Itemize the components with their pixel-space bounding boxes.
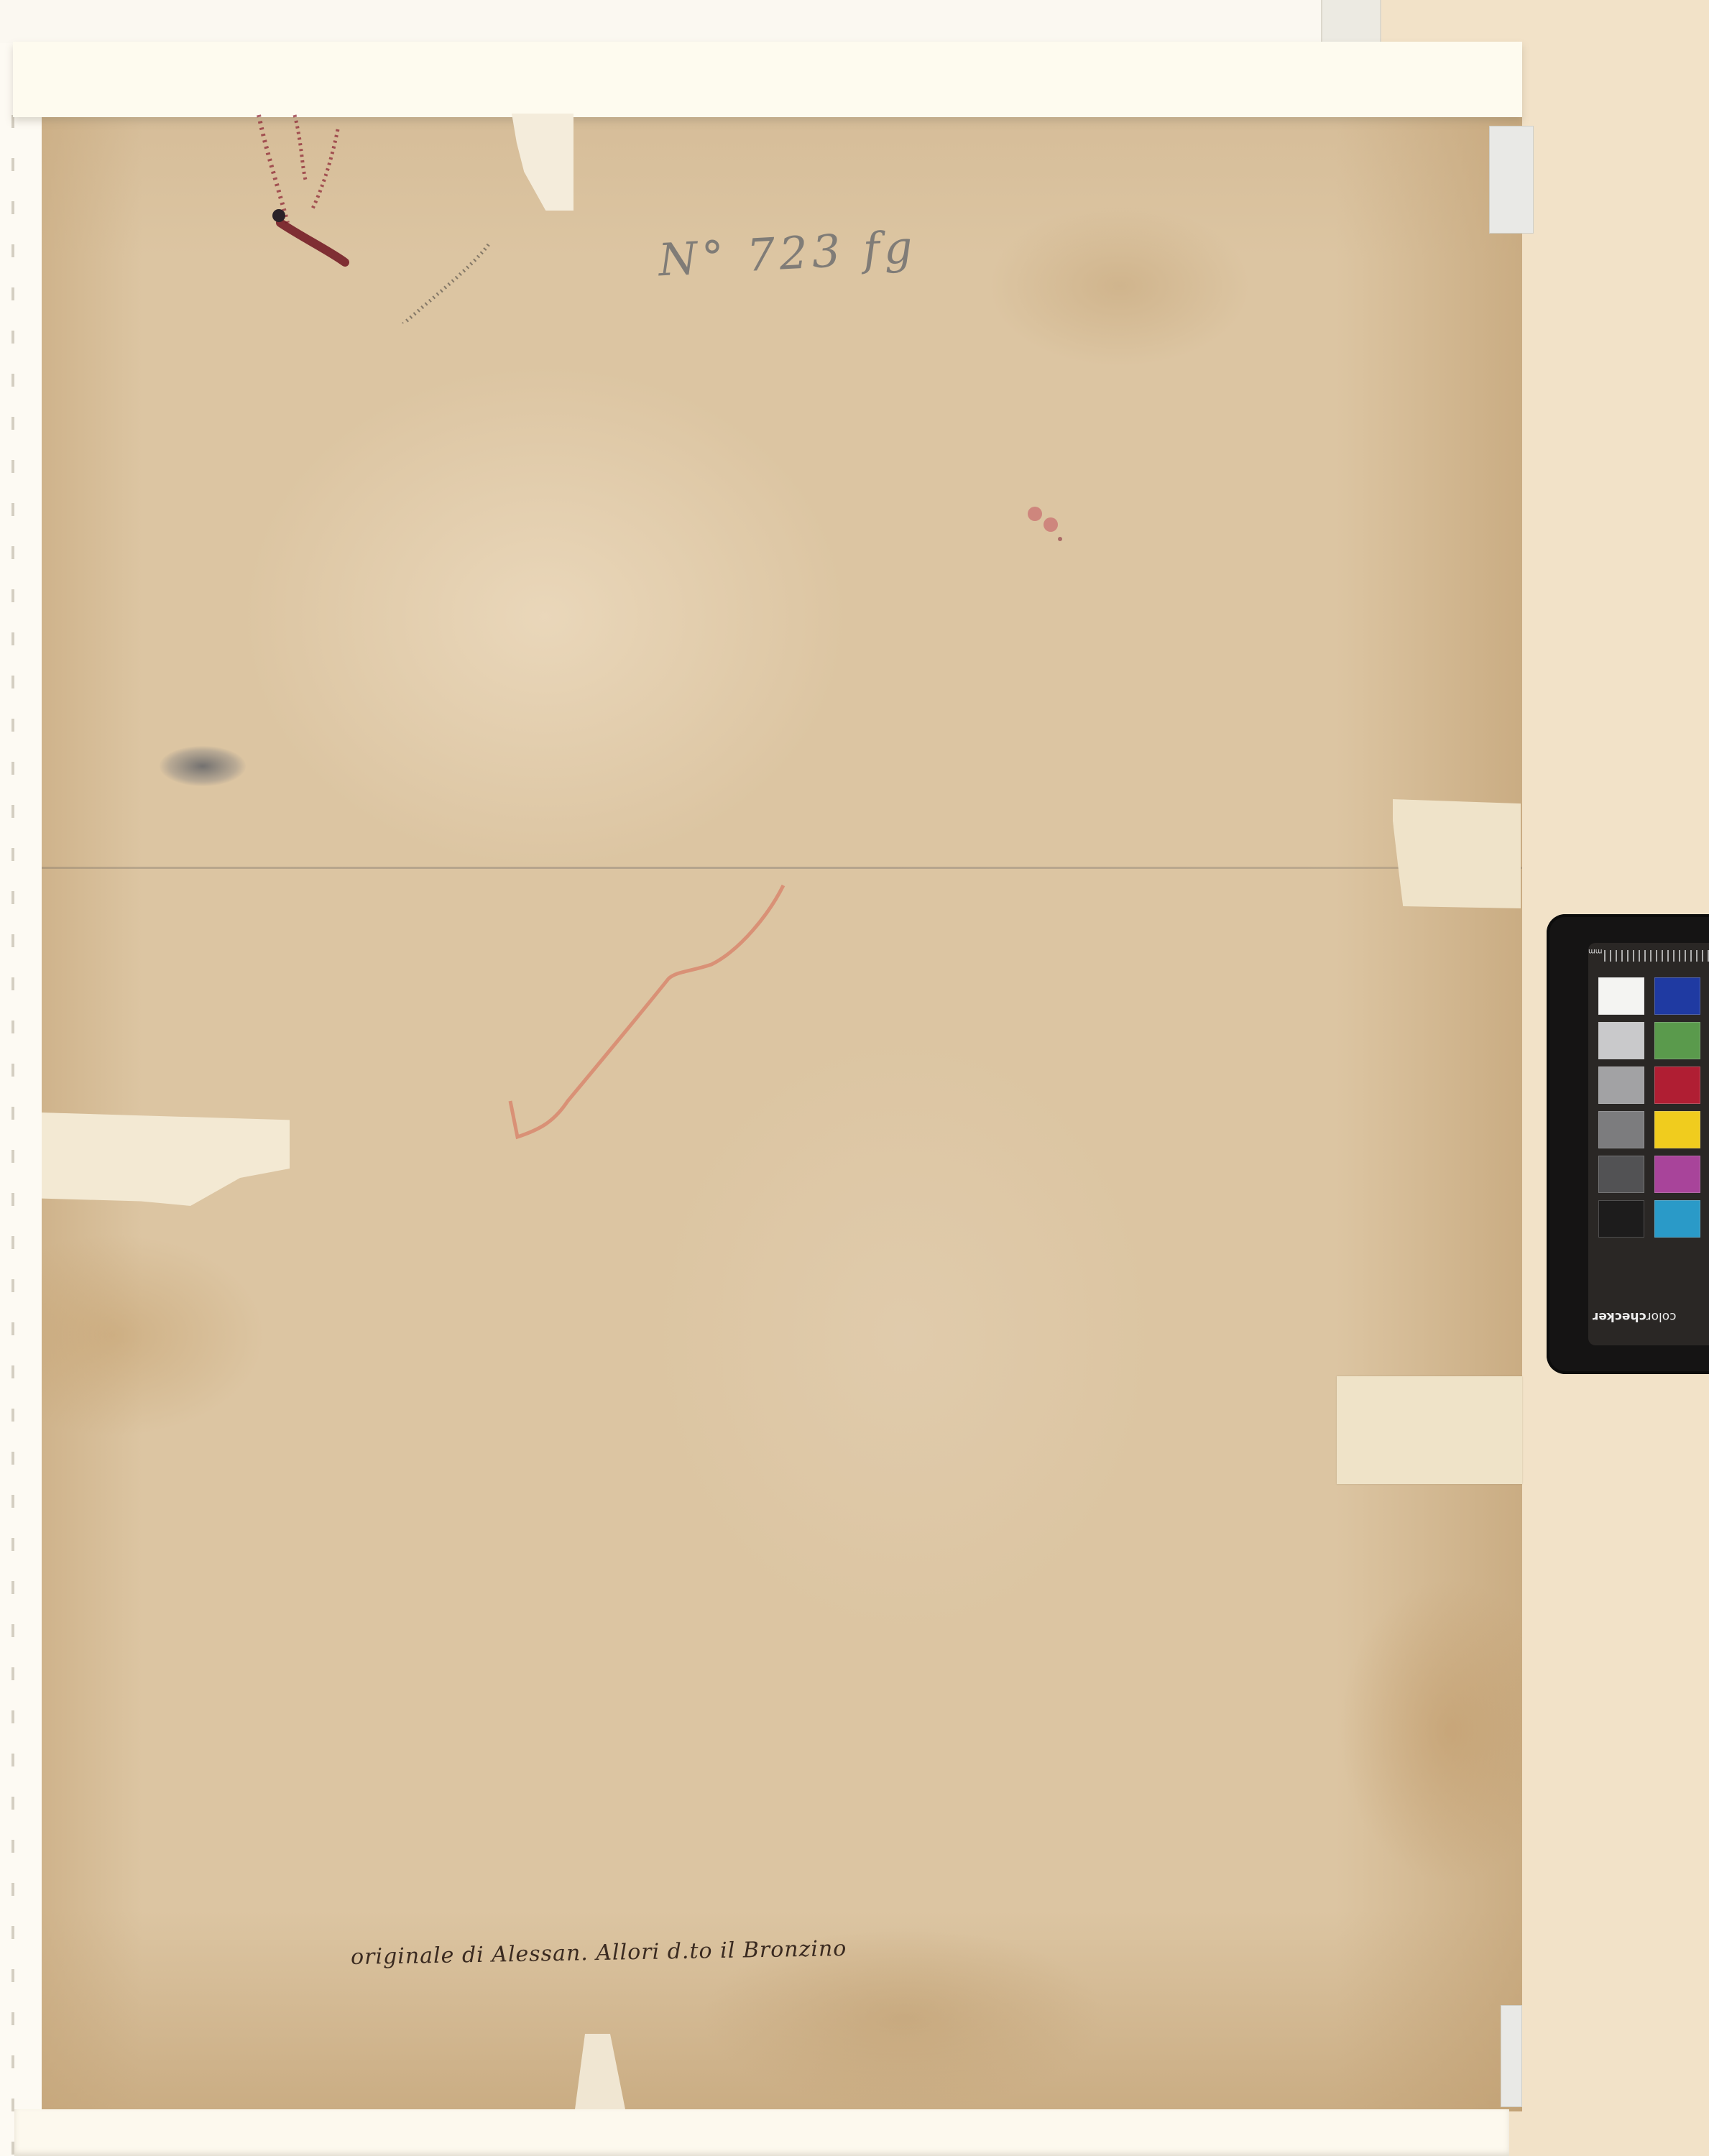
patch-green (1654, 1022, 1700, 1059)
red-chalk-spot (1021, 496, 1078, 553)
red-ink-stains (252, 108, 496, 323)
fold-line (42, 867, 1522, 869)
color-checker-target: mm colorchecker (1547, 914, 1709, 1374)
color-checker-card: mm colorchecker (1588, 943, 1709, 1345)
ruler-unit-label: mm (1588, 947, 1602, 955)
patch-red (1654, 1067, 1700, 1104)
mm-ruler (1604, 950, 1709, 962)
mount-top (0, 0, 1380, 45)
patch-yellow (1654, 1111, 1700, 1148)
color-checker-brand: colorchecker (1593, 1309, 1676, 1324)
patch-cyan (1654, 1200, 1700, 1238)
brand-bold-text: checker (1593, 1309, 1646, 1324)
patch-grey-2 (1598, 1067, 1644, 1104)
patch-blue (1654, 977, 1700, 1015)
patch-white (1598, 977, 1644, 1015)
bottom-paper-strip (14, 2109, 1509, 2156)
patch-grey-1 (1598, 1022, 1644, 1059)
hinge-tape-top-right (1489, 126, 1534, 234)
patch-magenta (1654, 1156, 1700, 1193)
tape-fragment-right-upper (1393, 799, 1521, 908)
patch-grey-4 (1598, 1156, 1644, 1193)
red-chalk-stroke (496, 871, 798, 1144)
tape-fragment-right-lower (1337, 1376, 1522, 1484)
patch-grey-3 (1598, 1111, 1644, 1148)
patch-black (1598, 1200, 1644, 1238)
brand-light-text: color (1646, 1309, 1677, 1324)
graphite-smudge (160, 746, 246, 786)
mount-deckle-edge (11, 115, 14, 2156)
top-paper-strip (13, 42, 1522, 117)
hinge-tape-bottom-right (1501, 2005, 1522, 2107)
mount-edge (1321, 0, 1381, 45)
mount-left-strip (0, 43, 45, 2156)
